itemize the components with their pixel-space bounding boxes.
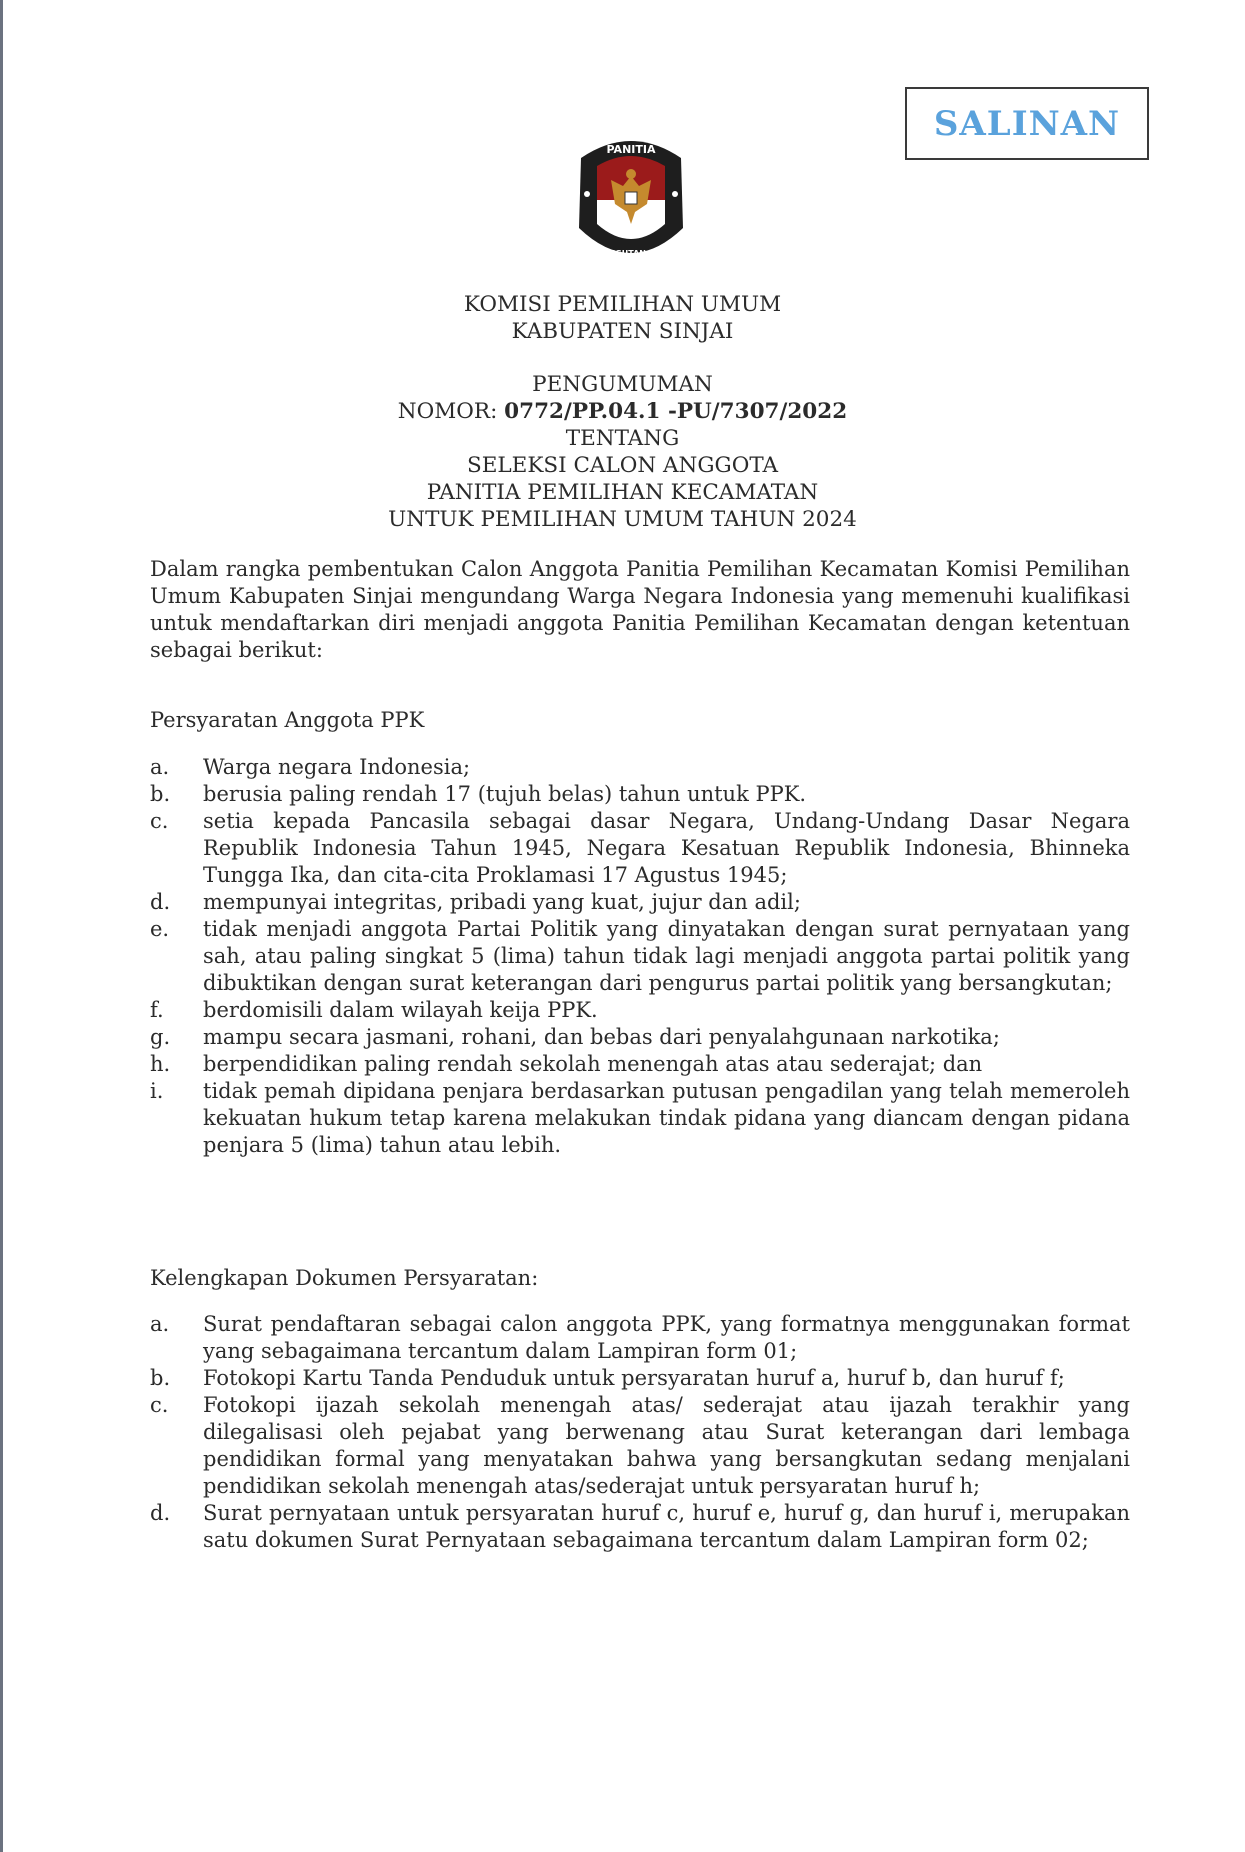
list-marker: b. xyxy=(150,1365,203,1392)
doc-type: PENGUMUMAN xyxy=(0,371,1245,398)
list-item: b.berusia paling rendah 17 (tujuh belas)… xyxy=(150,781,1130,808)
panitia-pemungutan-suara-logo-icon: PANITIA PEMUNGUTAN SUARA xyxy=(567,128,695,268)
doc-number: NOMOR: 0772/PP.04.1 -PU/7307/2022 xyxy=(0,398,1245,425)
org-region: KABUPATEN SINJAI xyxy=(0,318,1245,345)
list-marker: d. xyxy=(150,889,203,916)
list-item: e.tidak menjadi anggota Partai Politik y… xyxy=(150,916,1130,997)
stamp-label: SALINAN xyxy=(934,104,1120,144)
list-marker: d. xyxy=(150,1500,203,1554)
list-item: d.mempunyai integritas, pribadi yang kua… xyxy=(150,889,1130,916)
doc-title-3: UNTUK PEMILIHAN UMUM TAHUN 2024 xyxy=(0,506,1245,533)
list-text: tidak pemah dipidana penjara berdasarkan… xyxy=(203,1078,1130,1159)
list-item: i.tidak pemah dipidana penjara berdasark… xyxy=(150,1078,1130,1159)
list-item: c.Fotokopi ijazah sekolah menengah atas/… xyxy=(150,1392,1130,1500)
list-marker: c. xyxy=(150,1392,203,1500)
announcement-heading: PENGUMUMAN NOMOR: 0772/PP.04.1 -PU/7307/… xyxy=(0,371,1245,533)
svg-text:PANITIA: PANITIA xyxy=(607,143,656,156)
list-item: f.berdomisili dalam wilayah keija PPK. xyxy=(150,997,1130,1024)
list-marker: i. xyxy=(150,1078,203,1159)
scan-edge xyxy=(0,0,3,1852)
doc-title-1: SELEKSI CALON ANGGOTA xyxy=(0,452,1245,479)
list-item: d.Surat pernyataan untuk persyaratan hur… xyxy=(150,1500,1130,1554)
list-item: c.setia kepada Pancasila sebagai dasar N… xyxy=(150,808,1130,889)
list-marker: g. xyxy=(150,1024,203,1051)
documents-title: Kelengkapan Dokumen Persyaratan: xyxy=(150,1265,538,1292)
list-marker: a. xyxy=(150,754,203,781)
list-text: berusia paling rendah 17 (tujuh belas) t… xyxy=(203,781,1130,808)
organization-heading: KOMISI PEMILIHAN UMUM KABUPATEN SINJAI xyxy=(0,291,1245,345)
list-text: Warga negara Indonesia; xyxy=(203,754,1130,781)
documents-list: a.Surat pendaftaran sebagai calon anggot… xyxy=(150,1311,1130,1554)
svg-text:PEMUNGUTAN SUARA: PEMUNGUTAN SUARA xyxy=(583,249,680,258)
org-name: KOMISI PEMILIHAN UMUM xyxy=(0,291,1245,318)
requirements-list: a.Warga negara Indonesia;b.berusia palin… xyxy=(150,754,1130,1159)
doc-title-2: PANITIA PEMILIHAN KECAMATAN xyxy=(0,479,1245,506)
intro-paragraph: Dalam rangka pembentukan Calon Anggota P… xyxy=(150,556,1130,664)
list-marker: c. xyxy=(150,808,203,889)
list-text: Surat pernyataan untuk persyaratan huruf… xyxy=(203,1500,1130,1554)
doc-about: TENTANG xyxy=(0,425,1245,452)
list-text: Fotokopi Kartu Tanda Penduduk untuk pers… xyxy=(203,1365,1130,1392)
list-marker: a. xyxy=(150,1311,203,1365)
list-marker: h. xyxy=(150,1051,203,1078)
list-text: mempunyai integritas, pribadi yang kuat,… xyxy=(203,889,1130,916)
list-text: tidak menjadi anggota Partai Politik yan… xyxy=(203,916,1130,997)
salinan-stamp: SALINAN xyxy=(905,87,1149,160)
list-text: berpendidikan paling rendah sekolah mene… xyxy=(203,1051,1130,1078)
list-marker: f. xyxy=(150,997,203,1024)
list-item: b.Fotokopi Kartu Tanda Penduduk untuk pe… xyxy=(150,1365,1130,1392)
list-text: berdomisili dalam wilayah keija PPK. xyxy=(203,997,1130,1024)
doc-number-value: 0772/PP.04.1 -PU/7307/2022 xyxy=(504,399,847,424)
list-text: Fotokopi ijazah sekolah menengah atas/ s… xyxy=(203,1392,1130,1500)
list-text: setia kepada Pancasila sebagai dasar Neg… xyxy=(203,808,1130,889)
list-item: a.Warga negara Indonesia; xyxy=(150,754,1130,781)
list-item: a.Surat pendaftaran sebagai calon anggot… xyxy=(150,1311,1130,1365)
list-text: mampu secara jasmani, rohani, dan bebas … xyxy=(203,1024,1130,1051)
list-marker: e. xyxy=(150,916,203,997)
list-item: g.mampu secara jasmani, rohani, dan beba… xyxy=(150,1024,1130,1051)
list-text: Surat pendaftaran sebagai calon anggota … xyxy=(203,1311,1130,1365)
requirements-title: Persyaratan Anggota PPK xyxy=(150,707,424,734)
list-item: h.berpendidikan paling rendah sekolah me… xyxy=(150,1051,1130,1078)
list-marker: b. xyxy=(150,781,203,808)
